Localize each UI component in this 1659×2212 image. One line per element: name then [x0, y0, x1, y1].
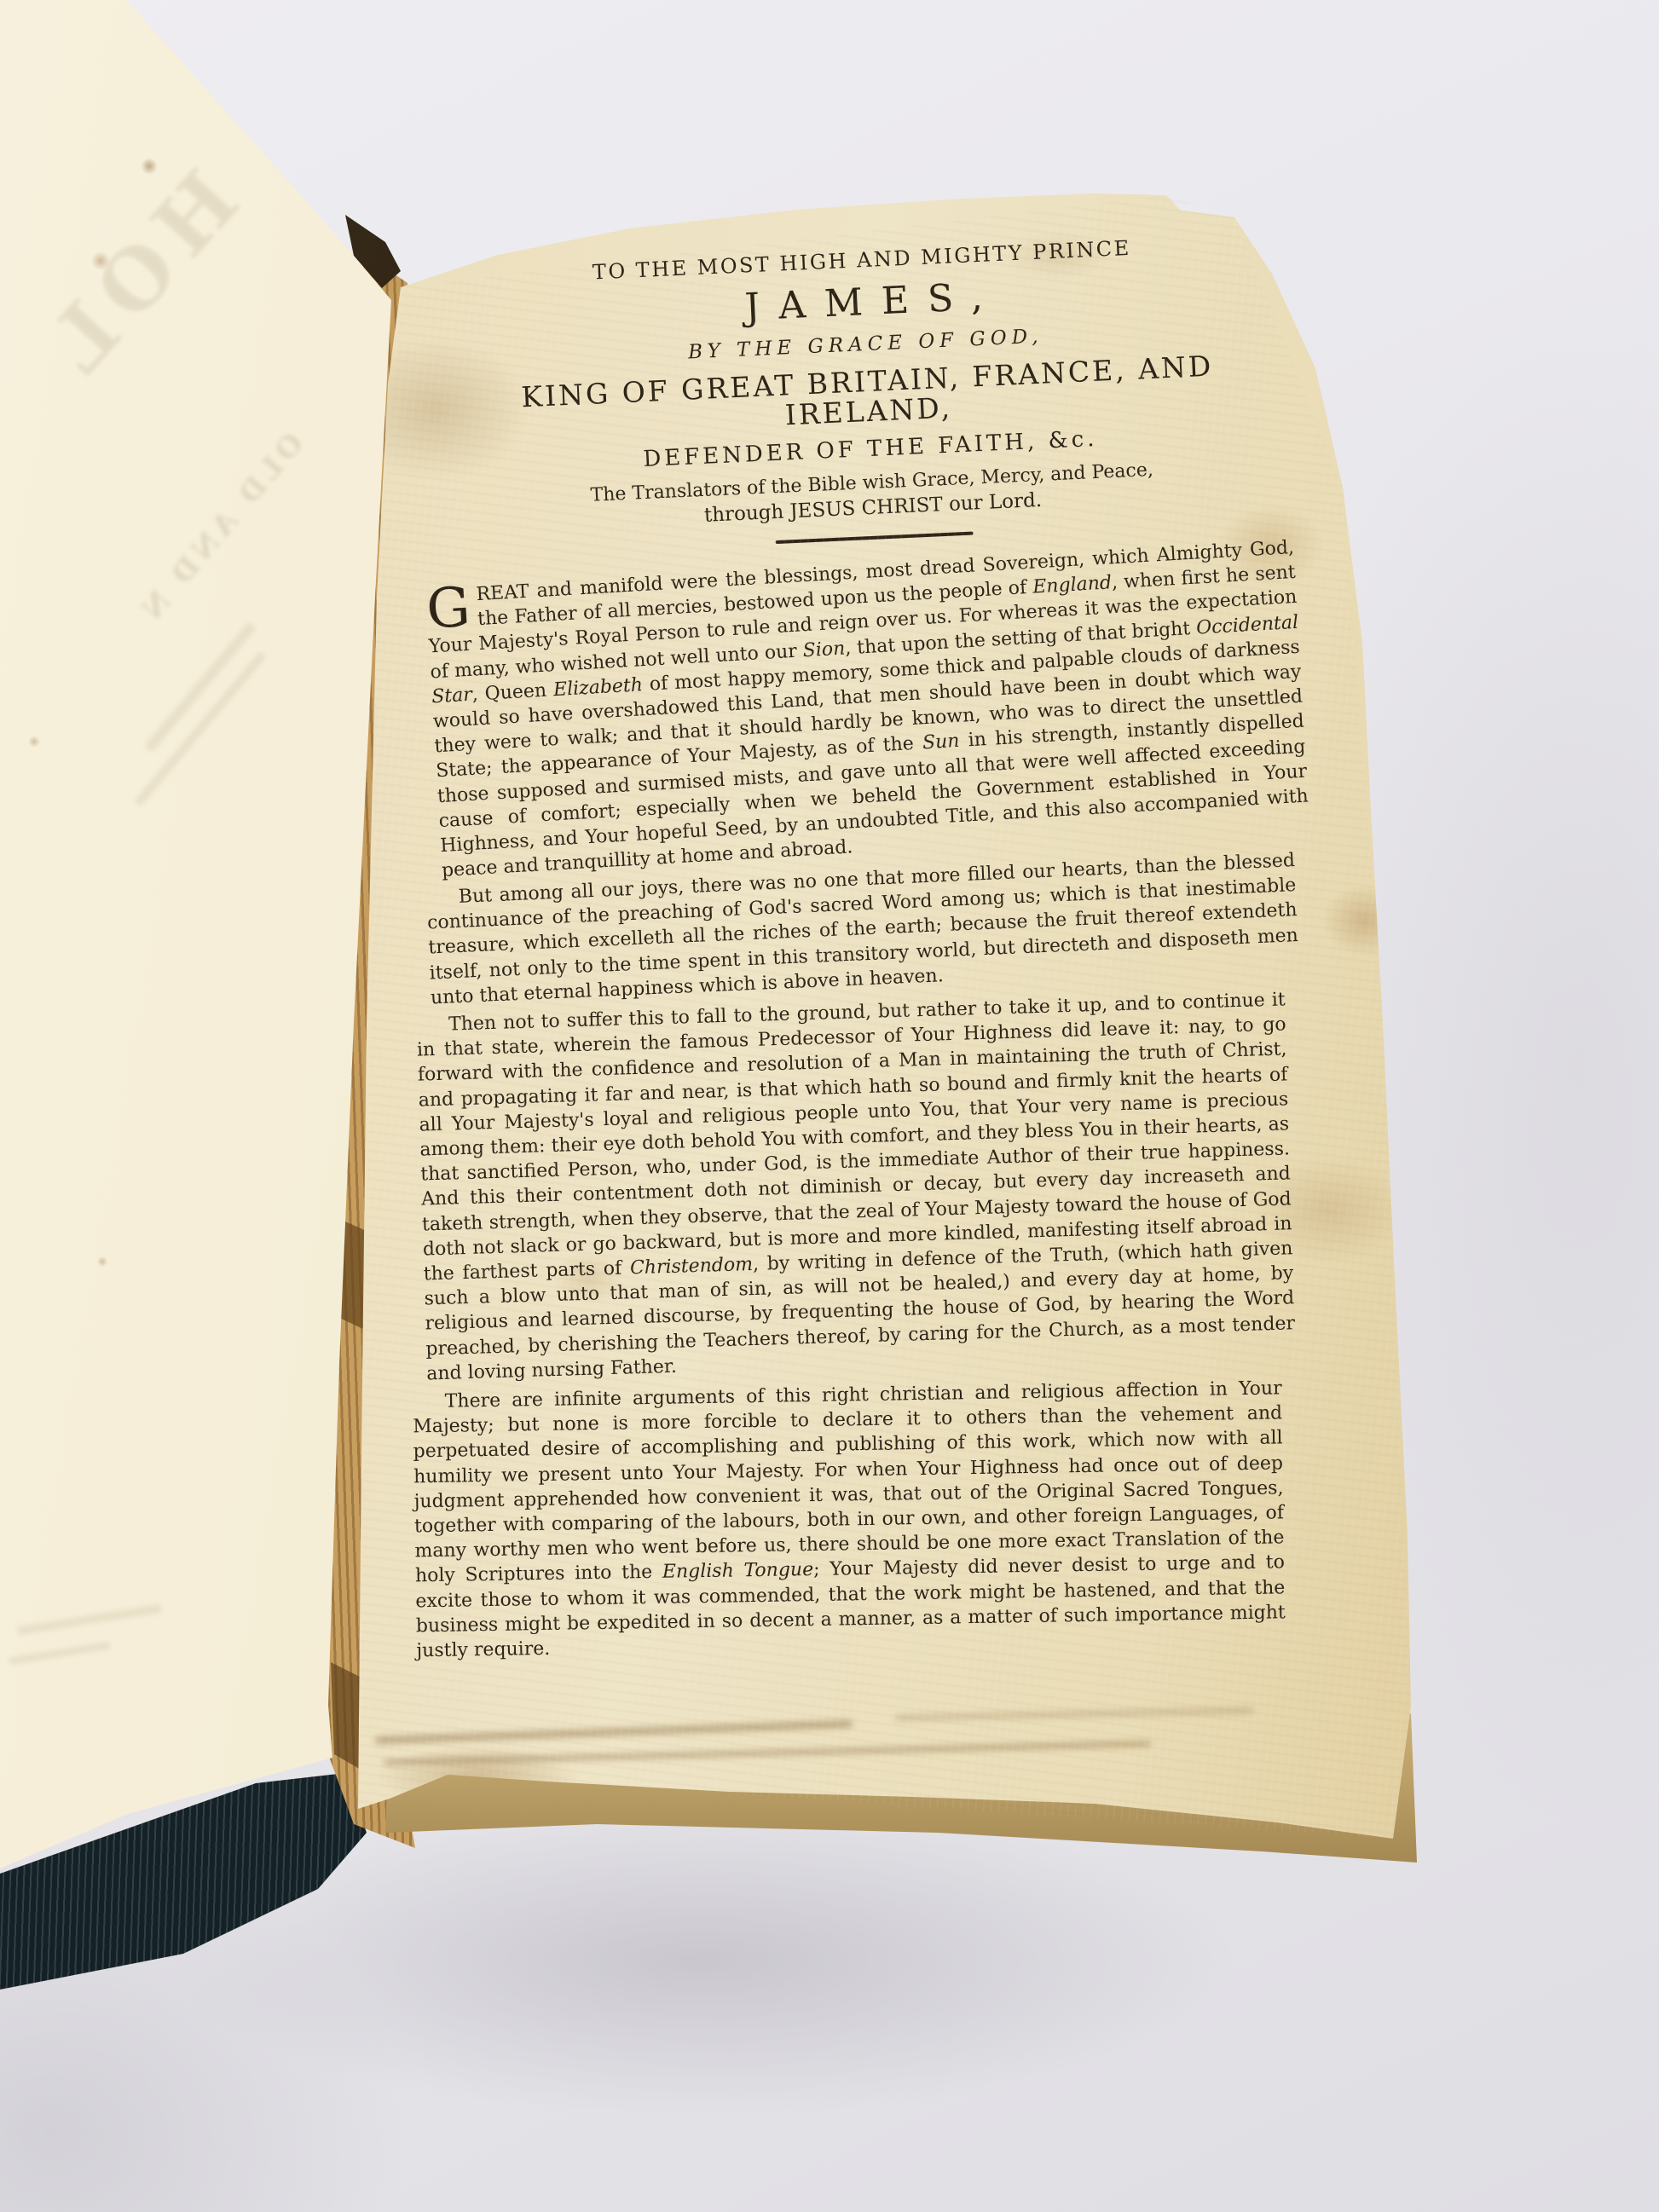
paragraph: There are infinite arguments of this rig…: [413, 1376, 1286, 1663]
paragraph-indent: [426, 903, 459, 904]
show-through-blurred-line: [134, 651, 267, 807]
drop-cap: G: [425, 582, 478, 631]
stain-streak: [895, 1708, 1253, 1721]
photo-open-antique-bible: HOL OLD AND N TO THE MOST HIGH AND MIGHT…: [0, 0, 1659, 2212]
stain-streak: [375, 1720, 853, 1744]
printed-text-block: TO THE MOST HIGH AND MIGHTY PRINCE JAMES…: [433, 249, 1303, 1656]
show-through-blurred-line: [9, 1642, 111, 1666]
paragraph-indent: [416, 1031, 448, 1031]
dedication-header: TO THE MOST HIGH AND MIGHTY PRINCE JAMES…: [427, 229, 1309, 559]
paragraph: GREAT and manifold were the blessings, m…: [425, 535, 1310, 884]
paragraph: Then not to suffer this to fall to the g…: [416, 988, 1297, 1387]
divider-rule: [776, 532, 974, 545]
paragraph-indent: [413, 1406, 445, 1407]
dedication-body: GREAT and manifold were the blessings, m…: [433, 560, 1303, 1656]
show-through-blurred-line: [17, 1604, 161, 1635]
show-through-title-fragment: HOL: [20, 153, 257, 401]
stain-streak: [384, 1741, 1151, 1764]
show-through-subtitle-fragment: OLD AND N: [131, 426, 310, 630]
